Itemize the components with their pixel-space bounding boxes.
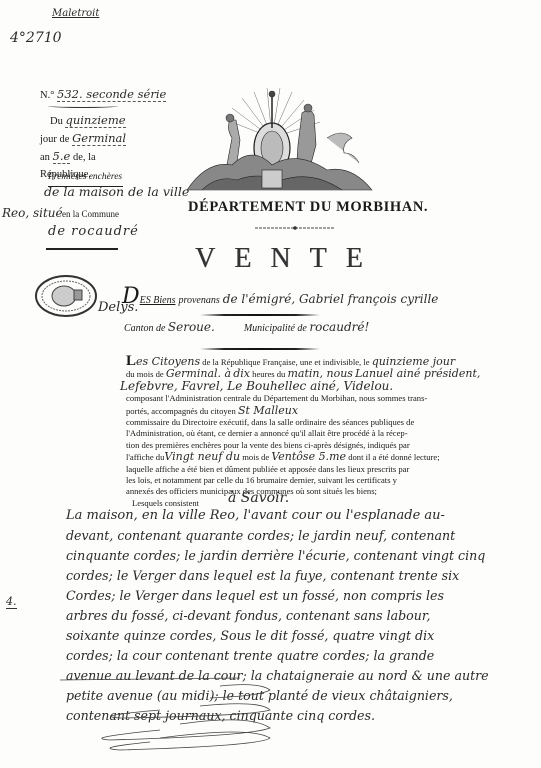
vente-title: VENTE xyxy=(195,243,382,275)
emigre-name: de l'émigré, Gabriel françois cyrille xyxy=(223,292,439,306)
handwritten-fill: St Malleux xyxy=(238,404,298,417)
divider xyxy=(46,248,118,250)
canton-line: Canton de Seroue. Municipalité de rocaud… xyxy=(124,320,369,334)
body-line: l'affiche duVingt neuf du mois de Ventôs… xyxy=(126,451,444,463)
handwritten-fill: Ventôse 5.me xyxy=(271,450,346,463)
provenans-label: provenans xyxy=(178,295,219,306)
lieu-value: Reo, situé xyxy=(2,206,63,220)
divider xyxy=(200,348,320,350)
description-line: devant, contenant quarante cordes; le ja… xyxy=(66,526,486,546)
description-line: cordes; la cour contenant trente quatre … xyxy=(66,646,486,666)
an-label: an xyxy=(40,152,50,163)
numero-label: N.° xyxy=(40,90,54,101)
archive-number: 4°2710 xyxy=(10,30,62,46)
numero-value: 532. seconde série xyxy=(57,87,166,102)
body-initial: L xyxy=(126,353,136,369)
savoir-heading: à Savoir. xyxy=(228,490,289,506)
de-la-label: de, la xyxy=(73,152,96,163)
body-line: commissaire du Directoire exécutif, dans… xyxy=(126,417,444,428)
jour-label: jour de xyxy=(40,134,69,145)
archive-note: Maletroit xyxy=(52,8,99,19)
handwritten-fill: Lefebvre, Favrel, Le Bouhellec ainé, Vid… xyxy=(120,379,393,393)
divider xyxy=(200,314,320,316)
proces-verbal-body: Les Citoyens de la République Française,… xyxy=(126,356,444,509)
description-line: cordes; le Verger dans lequel est la fuy… xyxy=(66,566,486,586)
handwritten-fill: es Citoyens xyxy=(136,355,200,368)
printed-text: mois de xyxy=(242,452,269,462)
du-label: Du xyxy=(50,116,63,127)
body-line: l'Administration, où étant, ce dernier a… xyxy=(126,428,444,439)
description-line: Cordes; le Verger dans lequel est un fos… xyxy=(66,586,486,606)
month-value: Germinal xyxy=(72,131,126,146)
premieres-value: de la maison de la ville xyxy=(44,184,189,199)
description-line: cinquante cordes; le jardin derrière l'é… xyxy=(66,546,486,566)
description-line: soixante quinze cordes, Sous le dit foss… xyxy=(66,626,486,646)
printed-text: dont il a été donné lecture; xyxy=(348,452,439,462)
emigre-name-continued: Delys. xyxy=(98,300,138,315)
handwritten-fill: quinzieme jour xyxy=(372,355,455,368)
biens-label: ES Biens xyxy=(140,295,176,306)
description-line: arbres du fossé, ci-devant fondus, conte… xyxy=(66,606,486,626)
day-value: quinzieme xyxy=(65,113,125,128)
premieres-encheres-label: Premières enchères xyxy=(48,172,122,182)
municipalite-label: Municipalité de xyxy=(244,323,307,334)
curved-divider xyxy=(48,104,118,108)
republican-vignette-icon xyxy=(172,78,387,193)
body-line: laquelle affiche a été bien et dûment pu… xyxy=(126,464,444,475)
margin-number: 4. xyxy=(6,595,17,609)
body-line: les lois, et notamment par celle du 16 b… xyxy=(126,475,444,486)
printed-text: l'affiche du xyxy=(126,452,164,462)
body-line: portés, accompagnés du citoyen St Malleu… xyxy=(126,405,444,417)
canton-label: Canton de xyxy=(124,323,165,334)
municipalite-value: rocaudré! xyxy=(309,320,369,334)
handwritten-fill: Vingt neuf du xyxy=(164,450,240,463)
year-value: 5.e xyxy=(53,149,71,164)
printed-text: de la République Française, une et indiv… xyxy=(202,357,369,367)
biens-line: DES Biens provenans de l'émigré, Gabriel… xyxy=(122,284,438,309)
ornament-divider-icon xyxy=(255,226,335,230)
description-line: La maison, en la ville Reo, l'avant cour… xyxy=(66,506,486,526)
body-line: Lefebvre, Favrel, Le Bouhellec ainé, Vid… xyxy=(120,381,444,393)
department-title: DÉPARTEMENT DU MORBIHAN. xyxy=(188,199,428,216)
canton-value: Seroue. xyxy=(168,320,215,334)
closing-flourish-icon xyxy=(60,676,340,756)
commune-value: de rocaudré xyxy=(48,224,139,239)
official-seal-icon xyxy=(34,274,98,318)
en-la-commune-label: en la Commune xyxy=(62,209,119,219)
printed-text: portés, accompagnés du citoyen xyxy=(126,406,236,416)
